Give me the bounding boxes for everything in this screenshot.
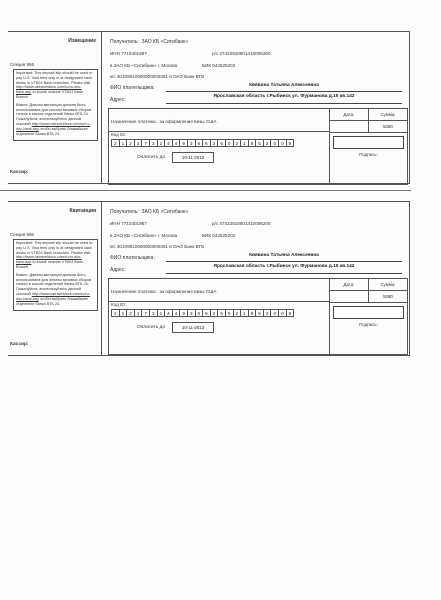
id-code-digits: 212173144936526021952009 [111,139,293,147]
signature-field[interactable] [333,136,404,149]
notice-english: Important: This deposit slip should be u… [16,241,95,270]
payment-box: Назначение платежа: за оформление визы С… [108,278,408,355]
sum-label: Сумма: [369,279,407,291]
recipient-row: Получатель: ЗАО КБ «Ситибанк» [110,209,188,215]
inn-row: ИНН 7710401987 [110,51,147,56]
purpose-label: Назначение платежа: [111,119,157,124]
date-field[interactable] [330,291,369,303]
slip-left-column: Извещение Секция 956 Important: This dep… [8,31,102,184]
inn-value: 7710401987 [121,51,147,56]
recipient-value: ЗАО КБ «Ситибанк» [142,39,189,45]
cashier-label: Кассир: [10,170,28,175]
notice-en-text: Important: This deposit slip should be u… [16,71,92,85]
cut-line-divider [0,190,411,191]
pay-by-label: Оплатить до [137,155,165,160]
account-row: р/с 47422810801410006200 [212,221,271,226]
corr-row: к/с 30109810600000000361 в ОАО Банк ВТБ [110,74,204,79]
corr-row: к/с 30109810600000000361 в ОАО Банк ВТБ [110,244,204,249]
inn-value: 7710401987 [121,221,147,226]
signature-label: Подпись: [330,322,407,327]
slip-right-column: Получатель: ЗАО КБ «Ситибанк» ИНН 771040… [102,201,410,356]
bank-row: в ЗАО КБ «Ситибанк» г. Москва [110,63,177,68]
cashier-label: Кассир: [10,342,28,347]
recipient-label: Получатель: [110,39,139,45]
recipient-value: ЗАО КБ «Ситибанк» [142,209,189,215]
purpose-value: за оформление визы США [159,119,216,124]
sum-field[interactable]: 5280 [369,121,407,133]
bik-row: БИК 044525202 [202,63,235,68]
deposit-slip-receipt: Квитанция Секция 956 Important: This dep… [8,201,410,356]
account-label: р/с [212,221,218,226]
date-sum-signature-grid: Дата: Сумма: 5280 Подпись: [329,109,407,184]
account-label: р/с [212,51,218,56]
date-label: Дата: [330,279,369,291]
payer-label: ФИО плательщика: [110,255,155,261]
corr-value: 30109810600000000361 в ОАО Банк ВТБ [117,244,204,249]
section-number: Секция 956 [10,232,34,237]
deposit-slip-notice: Извещение Секция 956 Important: This dep… [8,31,410,184]
address-label: Адрес: [110,267,126,273]
bik-row: БИК 044525202 [202,233,235,238]
address-field[interactable]: Ярославская область г.Рыбинск ул. Фурман… [166,94,402,104]
corr-value: 30109810600000000361 в ОАО Банк ВТБ [117,74,204,79]
bank-row: в ЗАО КБ «Ситибанк» г. Москва [110,233,177,238]
notice-box: Important: This deposit slip should be u… [13,69,98,141]
inn-row: ИНН 7710401987 [110,221,147,226]
pay-by-label: Оплатить до [137,325,165,330]
date-sum-signature-grid: Дата: Сумма: 5280 Подпись: [329,279,407,354]
payment-box: Назначение платежа: за оформление визы С… [108,108,408,185]
purpose-row: Назначение платежа: за оформление визы С… [111,289,216,294]
inn-label: ИНН [110,221,120,226]
bik-value: 044525202 [212,63,235,68]
id-code-label: Код ID: [111,302,126,307]
signature-label: Подпись: [330,152,407,157]
address-field[interactable]: Ярославская область г.Рыбинск ул. Фурман… [166,264,402,274]
notice-russian: Важно: Данная квитанция должна быть испо… [16,103,95,137]
id-section-divider [109,301,330,302]
account-value: 47422810801410006200 [219,221,270,226]
corr-label: к/с [110,74,116,79]
notice-box: Important: This deposit slip should be u… [13,239,98,311]
payer-field[interactable]: Квявина Татьяна Алексеевна [166,83,402,92]
slip-kind-title: Извещение [68,38,96,44]
purpose-row: Назначение платежа: за оформление визы С… [111,119,216,124]
recipient-label: Получатель: [110,209,139,215]
account-row: р/с 47422810801410006200 [212,51,271,56]
pay-by-date-field[interactable]: 10-11-2013 [172,152,214,163]
bik-value: 044525202 [212,233,235,238]
id-section-divider [109,131,330,132]
signature-field[interactable] [333,306,404,319]
pay-by-date-field[interactable]: 10-11-2013 [172,322,214,333]
purpose-label: Назначение платежа: [111,289,157,294]
bank-value: в ЗАО КБ «Ситибанк» г. Москва [110,233,177,238]
notice-english: Important: This deposit slip should be u… [16,71,95,100]
id-digit-cell[interactable]: 9 [286,309,295,317]
inn-label: ИНН [110,51,120,56]
notice-russian: Важно: Данная квитанция должна быть испо… [16,273,95,307]
address-label: Адрес: [110,97,126,103]
payer-label: ФИО плательщика: [110,85,155,91]
account-value: 47422810801410006200 [219,51,270,56]
bank-value: в ЗАО КБ «Ситибанк» г. Москва [110,63,177,68]
date-label: Дата: [330,109,369,121]
date-field[interactable] [330,121,369,133]
payer-field[interactable]: Квявина Татьяна Алексеевна [166,253,402,262]
slip-right-column: Получатель: ЗАО КБ «Ситибанк» ИНН 771040… [102,31,410,184]
slip-left-column: Квитанция Секция 956 Important: This dep… [8,201,102,356]
id-code-digits: 212173144936526021952009 [111,309,293,317]
recipient-row: Получатель: ЗАО КБ «Ситибанк» [110,39,188,45]
corr-label: к/с [110,244,116,249]
purpose-value: за оформление визы США [159,289,216,294]
slip-kind-title: Квитанция [69,208,96,214]
bik-label: БИК [202,63,211,68]
id-code-label: Код ID: [111,132,126,137]
sum-label: Сумма: [369,109,407,121]
notice-en-text: Important: This deposit slip should be u… [16,241,92,255]
bik-label: БИК [202,233,211,238]
id-digit-cell[interactable]: 9 [286,139,295,147]
section-number: Секция 956 [10,62,34,67]
sum-field[interactable]: 5280 [369,291,407,303]
